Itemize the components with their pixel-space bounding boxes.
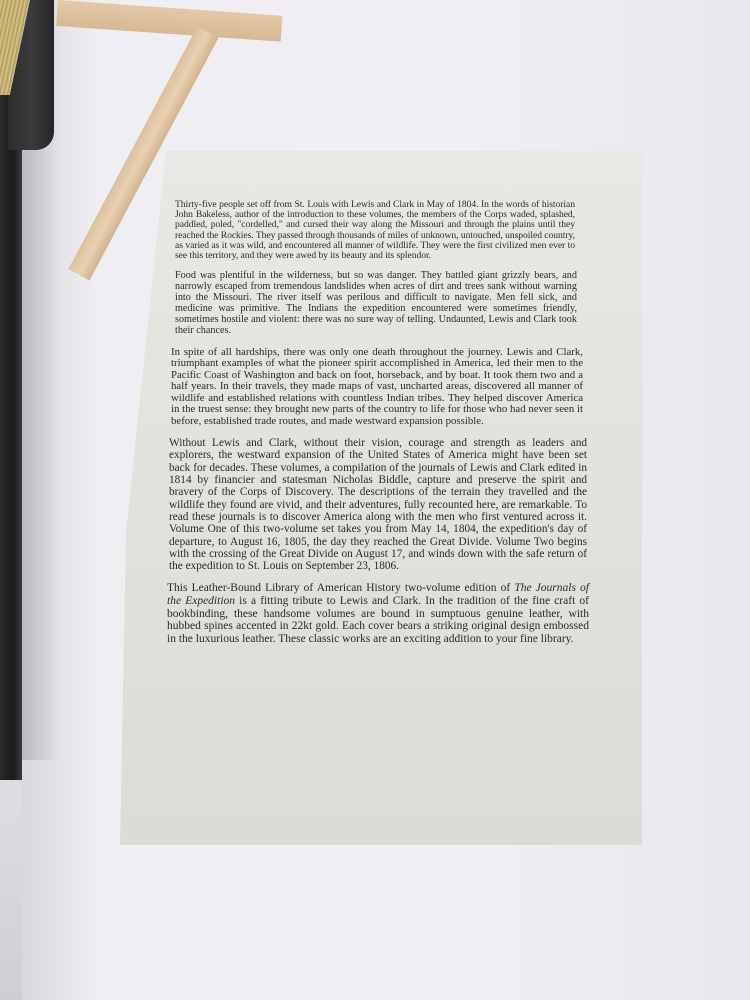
insert-text-body: Thirty-five people set off from St. Loui…	[175, 200, 575, 655]
paragraph-5-lead: This Leather-Bound Library of American H…	[167, 582, 514, 594]
paragraph-5: This Leather-Bound Library of American H…	[167, 582, 589, 645]
paragraph-1: Thirty-five people set off from St. Loui…	[175, 200, 575, 261]
paragraph-2: Food was plentiful in the wilderness, bu…	[175, 271, 577, 336]
paragraph-3: In spite of all hardships, there was onl…	[171, 347, 583, 428]
paragraph-4: Without Lewis and Clark, without their v…	[169, 437, 587, 572]
